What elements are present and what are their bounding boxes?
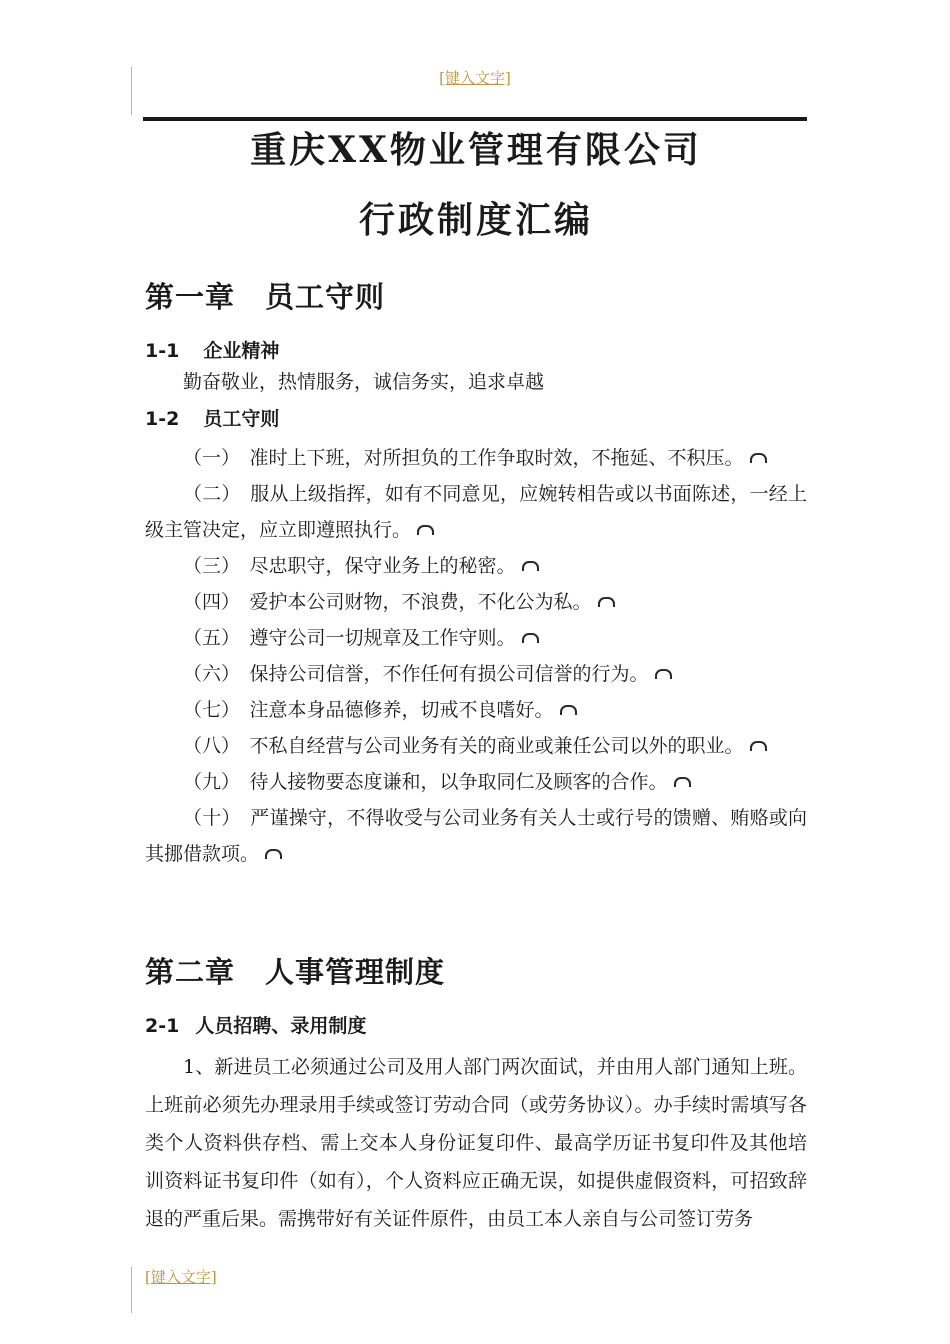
chapter-1-number: 第一章 bbox=[145, 280, 235, 314]
section-1-1-heading: 1-1企业精神 bbox=[145, 340, 807, 362]
rule-item-4-text: （四） 爱护本公司财物，不浪费，不化公为私。 bbox=[183, 591, 592, 613]
section-1-1-title: 企业精神 bbox=[203, 340, 279, 362]
chapter-2-title: 人事管理制度 bbox=[265, 955, 445, 989]
rule-item-6-text: （六） 保持公司信誉，不作任何有损公司信誉的行为。 bbox=[183, 663, 649, 685]
chapter-1-heading: 第一章员工守则 bbox=[145, 280, 807, 314]
employee-rules-list: （一） 准时上下班，对所担负的工作争取时效，不拖延、不积压。 （二） 服从上级指… bbox=[145, 440, 807, 872]
header-placeholder[interactable]: [键入文字] bbox=[439, 69, 511, 87]
document-content: 重庆XX物业管理有限公司 行政制度汇编 第一章员工守则 1-1企业精神 勤奋敬业… bbox=[145, 128, 807, 1238]
section-2-1-title: 人员招聘、录用制度 bbox=[195, 1015, 366, 1037]
page-footer: [键入文字] bbox=[145, 1266, 217, 1287]
section-1-2-heading: 1-2员工守则 bbox=[145, 408, 807, 430]
paragraph-mark-icon bbox=[750, 453, 767, 463]
section-2-1-number: 2-1 bbox=[145, 1015, 179, 1037]
rule-item-3: （三） 尽忠职守，保守业务上的秘密。 bbox=[145, 548, 807, 584]
rule-item-8-text: （八） 不私自经营与公司业务有关的商业或兼任公司以外的职业。 bbox=[183, 735, 744, 757]
rule-item-2: （二） 服从上级指挥，如有不同意见，应婉转相告或以书面陈述，一经上级主管决定，应… bbox=[145, 476, 807, 548]
rule-item-1: （一） 准时上下班，对所担负的工作争取时效，不拖延、不积压。 bbox=[145, 440, 807, 476]
section-1-2-title: 员工守则 bbox=[203, 408, 279, 430]
rule-item-4: （四） 爱护本公司财物，不浪费，不化公为私。 bbox=[145, 584, 807, 620]
paragraph-mark-icon bbox=[598, 597, 615, 607]
page-header: [键入文字] bbox=[0, 67, 950, 88]
rule-item-8: （八） 不私自经营与公司业务有关的商业或兼任公司以外的职业。 bbox=[145, 728, 807, 764]
rule-item-10: （十） 严谨操守，不得收受与公司业务有关人士或行号的馈赠、贿赂或向其挪借款项。 bbox=[145, 800, 807, 872]
rule-item-5-text: （五） 遵守公司一切规章及工作守则。 bbox=[183, 627, 516, 649]
rule-item-9-text: （九） 待人接物要态度谦和，以争取同仁及顾客的合作。 bbox=[183, 771, 668, 793]
margin-marker-bottom bbox=[131, 1267, 132, 1313]
paragraph-mark-icon bbox=[655, 669, 672, 679]
section-2-1-heading: 2-1人员招聘、录用制度 bbox=[145, 1015, 807, 1037]
document-page: [键入文字] 重庆XX物业管理有限公司 行政制度汇编 第一章员工守则 1-1企业… bbox=[0, 0, 950, 1344]
paragraph-mark-icon bbox=[417, 525, 434, 535]
recruitment-paragraph: 1、新进员工必须通过公司及用人部门两次面试，并由用人部门通知上班。上班前必须先办… bbox=[145, 1048, 807, 1238]
rule-item-6: （六） 保持公司信誉，不作任何有损公司信誉的行为。 bbox=[145, 656, 807, 692]
document-title-line1: 重庆XX物业管理有限公司 bbox=[145, 128, 807, 172]
chapter-2-heading: 第二章人事管理制度 bbox=[145, 955, 807, 989]
rule-item-9: （九） 待人接物要态度谦和，以争取同仁及顾客的合作。 bbox=[145, 764, 807, 800]
header-rule bbox=[143, 117, 807, 121]
document-title-line2: 行政制度汇编 bbox=[145, 198, 807, 242]
paragraph-mark-icon bbox=[560, 705, 577, 715]
footer-placeholder[interactable]: [键入文字] bbox=[145, 1268, 217, 1286]
paragraph-mark-icon bbox=[674, 777, 691, 787]
rule-item-7-text: （七） 注意本身品德修养，切戒不良嗜好。 bbox=[183, 699, 554, 721]
chapter-1-title: 员工守则 bbox=[265, 280, 385, 314]
corporate-spirit-text: 勤奋敬业，热情服务，诚信务实，追求卓越 bbox=[145, 370, 807, 394]
rule-item-3-text: （三） 尽忠职守，保守业务上的秘密。 bbox=[183, 555, 516, 577]
paragraph-mark-icon bbox=[265, 849, 282, 859]
section-1-1-number: 1-1 bbox=[145, 340, 179, 362]
paragraph-mark-icon bbox=[522, 633, 539, 643]
rule-item-7: （七） 注意本身品德修养，切戒不良嗜好。 bbox=[145, 692, 807, 728]
rule-item-1-text: （一） 准时上下班，对所担负的工作争取时效，不拖延、不积压。 bbox=[183, 447, 744, 469]
paragraph-mark-icon bbox=[750, 741, 767, 751]
section-1-2-number: 1-2 bbox=[145, 408, 179, 430]
paragraph-mark-icon bbox=[522, 561, 539, 571]
rule-item-10-text: （十） 严谨操守，不得收受与公司业务有关人士或行号的馈赠、贿赂或向其挪借款项。 bbox=[145, 807, 807, 865]
rule-item-5: （五） 遵守公司一切规章及工作守则。 bbox=[145, 620, 807, 656]
chapter-2-number: 第二章 bbox=[145, 955, 235, 989]
rule-item-2-text: （二） 服从上级指挥，如有不同意见，应婉转相告或以书面陈述，一经上级主管决定，应… bbox=[145, 483, 807, 541]
